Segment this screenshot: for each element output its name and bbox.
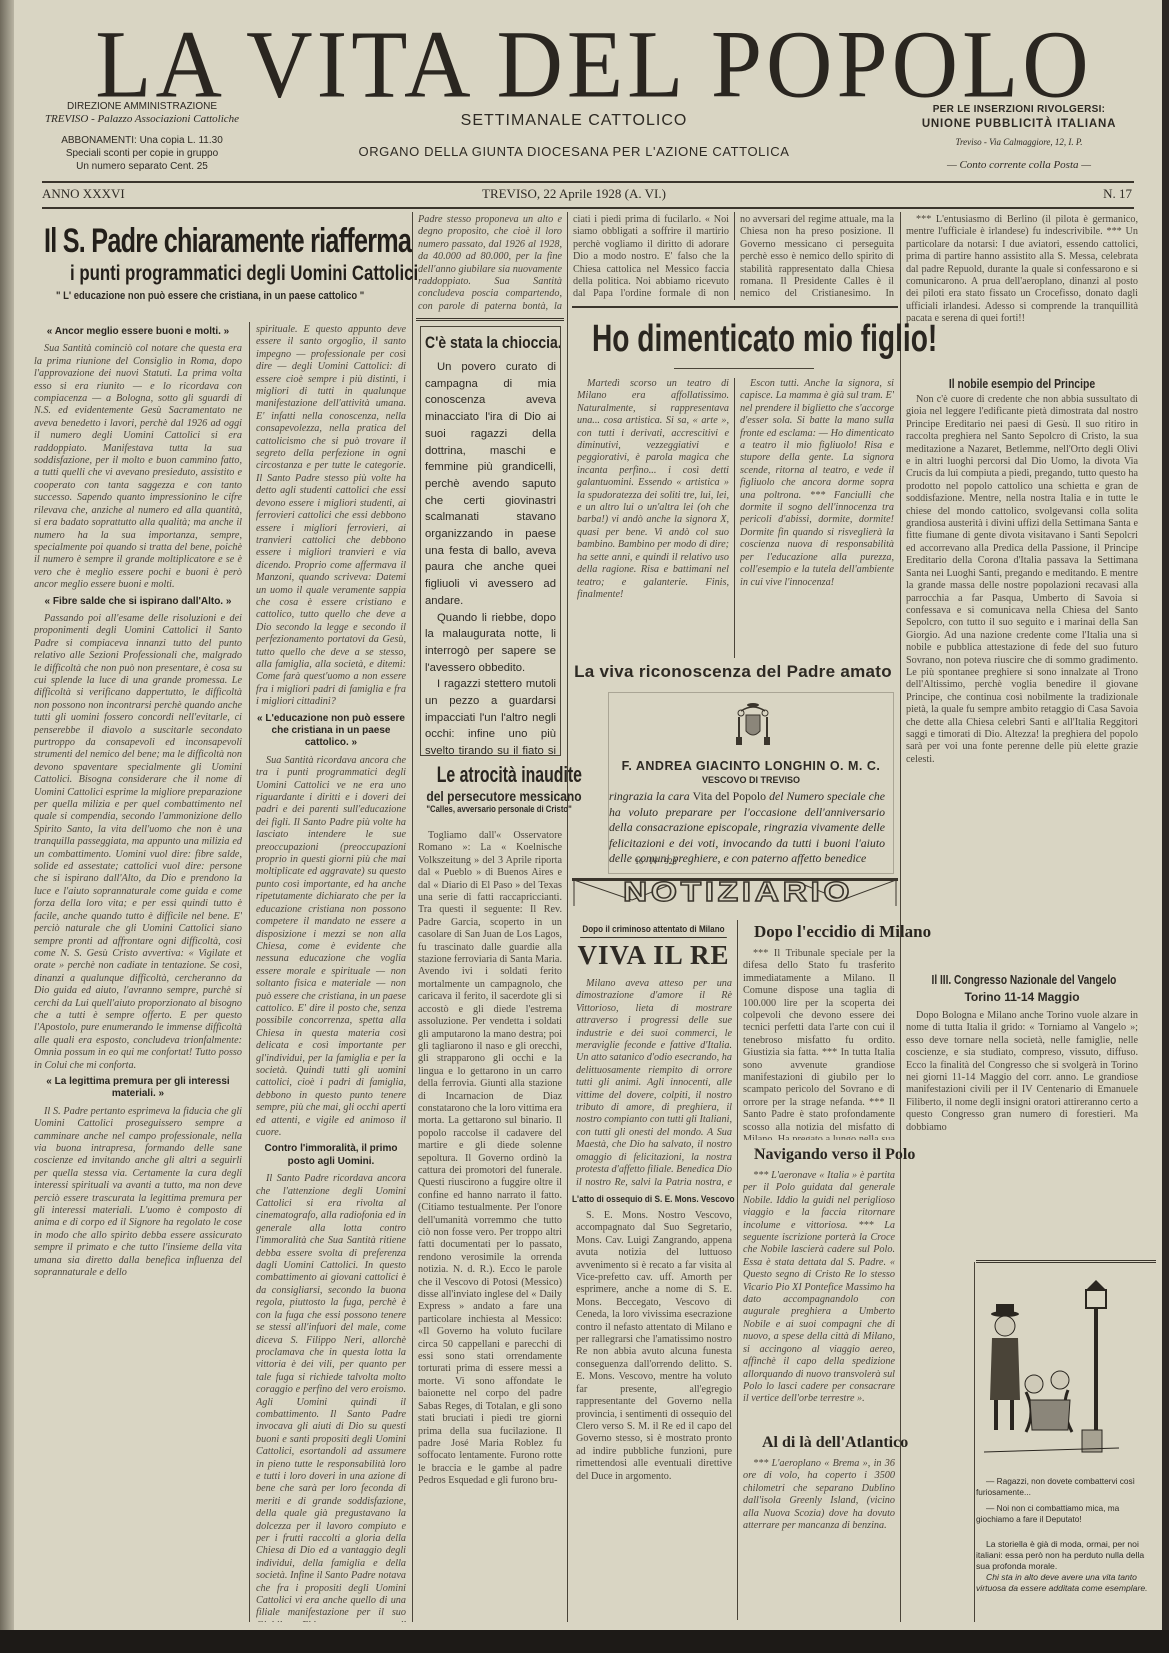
masthead-rule-bottom	[42, 207, 1134, 209]
moral-text: La storiella è già di moda, ormai, per n…	[976, 1539, 1156, 1572]
masthead-center-info: SETTIMANALE CATTOLICO ORGANO DELLA GIUNT…	[314, 112, 834, 159]
dateline: ANNO XXXVI TREVISO, 22 Aprile 1928 (A. V…	[42, 186, 1132, 204]
message-part: ringrazia la cara	[609, 789, 690, 803]
riconoscenza-title: La viva riconoscenza del Padre amato	[570, 662, 896, 682]
column-divider	[249, 322, 250, 1622]
page-spine	[0, 0, 14, 1653]
ornament-rule	[674, 368, 814, 369]
figlio-column-a: Martedì scorso un teatro di Milano era a…	[577, 378, 729, 658]
ads-agency: UNIONE PUBBLICITÀ ITALIANA	[894, 118, 1144, 130]
section-text: Martedì scorso un teatro di Milano era a…	[577, 378, 729, 601]
section-text: Dopo Bologna e Milano anche Torino vuole…	[906, 1010, 1138, 1134]
newspaper-page: LA VITA DEL POPOLO DIREZIONE AMMINISTRAZ…	[14, 0, 1162, 1630]
message-date: 16 - IV - 928	[635, 857, 677, 866]
polo-column: *** L'aeronave « Italia » è partita per …	[743, 1170, 895, 1430]
column-divider	[737, 920, 738, 1620]
chioccia-title: C'è stata la chioccia...!	[425, 333, 532, 353]
vangelo-subheading: Torino 11-14 Maggio	[906, 990, 1138, 1004]
lead-column-3-continuation: Padre stesso proponeva un alto e degno p…	[418, 214, 562, 314]
paragraph: Un povero curato di campagna di mia cono…	[425, 359, 556, 610]
section-text: Milano aveva atteso per una dimostrazion…	[576, 978, 732, 1190]
date-label: TREVISO, 22 Aprile 1928 (A. VI.)	[482, 186, 666, 202]
atrocita-column: Togliamo dall'« Osservatore Romano »: La…	[418, 830, 562, 1622]
mexico-continuation-b: no avversari del regime attuale, ma la C…	[740, 214, 894, 300]
caption-line: — Noi non ci combattiamo mica, ma giochi…	[976, 1503, 1156, 1525]
section-text: ciati i piedi prima di fucilarlo. « Noi …	[573, 214, 729, 300]
lead-quote: " L' educazione non può essere che crist…	[56, 290, 364, 302]
section-text: S. E. Mons. Nostro Vescovo, accompagnato…	[576, 1210, 732, 1483]
viva-kicker: Dopo il criminoso attentato di Milano	[580, 924, 727, 938]
year-label: ANNO XXXVI	[42, 186, 125, 202]
section-heading: « L'educazione non può essere che cristi…	[256, 713, 406, 750]
section-heading: « La legittima premura per gli interessi…	[34, 1076, 242, 1101]
moral-italic: Chi sta in alto deve avere una vita tant…	[976, 1572, 1156, 1594]
vescovo-column: S. E. Mons. Nostro Vescovo, accompagnato…	[576, 1210, 732, 1622]
postal-account: — Conto corrente colla Posta —	[894, 159, 1144, 171]
polo-heading: Navigando verso il Polo	[754, 1146, 915, 1164]
bishop-message: ringrazia la cara Vita del Popolo del Nu…	[609, 789, 885, 867]
section-text: *** L'aeroplano « Brema », in 36 ore di …	[743, 1458, 895, 1532]
lead-column-2: spirituale. E questo appunto deve essere…	[256, 324, 406, 1622]
message-part: Vita del Popolo	[693, 789, 766, 803]
ads-address: Treviso - Via Calmaggiore, 12, I. P.	[894, 137, 1144, 147]
mexico-continuation-a: ciati i piedi prima di fucilarlo. « Noi …	[573, 214, 729, 300]
vescovo-heading: L'atto di ossequio di S. E. Mons. Vescov…	[572, 1194, 722, 1204]
section-text: Non c'è cuore di credente che non abbia …	[906, 394, 1138, 766]
section-text: Padre stesso proponeva un alto e degno p…	[418, 214, 562, 314]
notiziario-title: NOTIZIARIO	[623, 876, 853, 908]
section-text: *** L'entusiasmo di Berlino (il pilota è…	[906, 214, 1138, 326]
atrocita-subtitle: del persecutore messicano	[426, 788, 553, 804]
masthead-rule-top	[42, 181, 1134, 183]
column-divider	[412, 212, 413, 1622]
atrocita-title: Le atrocità inaudite	[437, 762, 544, 788]
section-heading: Contro l'immoralità, il primo posto agli…	[256, 1143, 406, 1168]
principe-heading: Il nobile esempio del Principe	[929, 376, 1115, 391]
organ-label: ORGANO DELLA GIUNTA DIOCESANA PER L'AZIO…	[314, 144, 834, 159]
atrocita-quote: "Calles, avversario personale di Cristo"	[426, 804, 553, 814]
scan-border	[0, 1630, 1169, 1653]
chioccia-box: C'è stata la chioccia...! Un povero cura…	[420, 326, 561, 756]
cartoon-captions: — Ragazzi, non dovete combattervi così f…	[976, 1476, 1156, 1594]
masthead-left-info: DIREZIONE AMMINISTRAZIONE TREVISO - Pala…	[42, 100, 242, 173]
lead-subheadline: i punti programmatici degli Uomini Catto…	[70, 262, 418, 286]
caption-line: — Ragazzi, non dovete combattervi così f…	[976, 1476, 1156, 1498]
section-heading: « Ancor meglio essere buoni e molti. »	[34, 326, 242, 338]
section-heading: « Fibre salde che si ispirano dall'Alto.…	[34, 596, 242, 608]
column-divider	[567, 212, 568, 1622]
coat-of-arms-icon	[733, 701, 773, 749]
masthead-right-info: PER LE INSERZIONI RIVOLGERSI: UNIONE PUB…	[894, 104, 1144, 171]
ornament-rule	[976, 1260, 1156, 1263]
figlio-column-b: Escon tutti. Anche la signora, si capisc…	[740, 378, 894, 658]
discount-label: Speciali sconti per copie in gruppo	[42, 147, 242, 160]
atrocita-header: Le atrocità inaudite del persecutore mes…	[416, 762, 564, 814]
eccidio-column: *** Il Tribunale speciale per la difesa …	[743, 948, 895, 1140]
issue-number: N. 17	[1103, 186, 1132, 202]
vangelo-heading: Il III. Congresso Nazionale del Vangelo	[932, 972, 1113, 987]
vangelo-column: Dopo Bologna e Milano anche Torino vuole…	[906, 1010, 1138, 1258]
ornament-rule	[416, 318, 564, 321]
paragraph: I ragazzi stettero mutoli un pezzo a gua…	[425, 676, 556, 756]
column-divider	[900, 212, 901, 1622]
column-divider	[734, 212, 735, 300]
section-text: Escon tutti. Anche la signora, si capisc…	[740, 378, 894, 589]
ads-label: PER LE INSERZIONI RIVOLGERSI:	[894, 104, 1144, 115]
atrocita-text: Togliamo dall'« Osservatore Romano »: La…	[418, 830, 562, 1488]
section-text: spirituale. E questo appunto deve essere…	[256, 324, 406, 709]
paragraph: Quando li riebbe, dopo la malaugurata no…	[425, 610, 556, 677]
bishop-name: F. ANDREA GIACINTO LONGHIN O. M. C.	[609, 759, 893, 773]
single-copy-price: Un numero separato Cent. 25	[42, 160, 242, 173]
berlin-column: *** L'entusiasmo di Berlino (il pilota è…	[906, 214, 1138, 374]
column-divider	[734, 378, 735, 658]
column-divider	[974, 1262, 975, 1622]
atlantico-column: *** L'aeroplano « Brema », in 36 ore di …	[743, 1458, 895, 1622]
section-text: Il S. Padre pertanto esprimeva la fiduci…	[34, 1106, 242, 1280]
atlantico-heading: Al di là dell'Atlantico	[762, 1434, 908, 1452]
principe-column: Non c'è cuore di credente che non abbia …	[906, 394, 1138, 968]
bishop-role: VESCOVO DI TREVISO	[609, 775, 893, 785]
subtitle: SETTIMANALE CATTOLICO	[314, 112, 834, 130]
section-text: *** Il Tribunale speciale per la difesa …	[743, 948, 895, 1140]
riconoscenza-box: F. ANDREA GIACINTO LONGHIN O. M. C. VESC…	[608, 692, 894, 874]
viva-column: Milano aveva atteso per una dimostrazion…	[576, 978, 732, 1190]
section-text: Sua Santità cominciò col notare che ques…	[34, 343, 242, 591]
subscription-label: ABBONAMENTI: Una copia L. 11.30	[42, 134, 242, 147]
section-text: *** L'aeronave « Italia » è partita per …	[743, 1170, 895, 1406]
section-text: Passando poi all'esame delle risoluzioni…	[34, 613, 242, 1072]
lead-headline: Il S. Padre chiaramente riafferma	[44, 222, 411, 261]
section-text: no avversari del regime attuale, ma la C…	[740, 214, 894, 300]
viva-title: VIVA IL RE	[572, 940, 735, 971]
section-text: Il Santo Padre ricordava ancora che l'at…	[256, 1173, 406, 1622]
cartoon-illustration-icon	[974, 1280, 1124, 1470]
figlio-headline: Ho dimenticato mio figlio!	[592, 318, 937, 361]
lead-column-1: « Ancor meglio essere buoni e molti. » S…	[34, 322, 242, 1622]
address-label: TREVISO - Palazzo Associazioni Cattolich…	[42, 113, 242, 126]
section-rule	[572, 306, 898, 308]
chioccia-text: Un povero curato di campagna di mia cono…	[425, 359, 556, 756]
section-text: Sua Santità ricordava ancora che tra i p…	[256, 755, 406, 1140]
direzione-label: DIREZIONE AMMINISTRAZIONE	[42, 100, 242, 113]
eccidio-heading: Dopo l'eccidio di Milano	[754, 922, 931, 942]
